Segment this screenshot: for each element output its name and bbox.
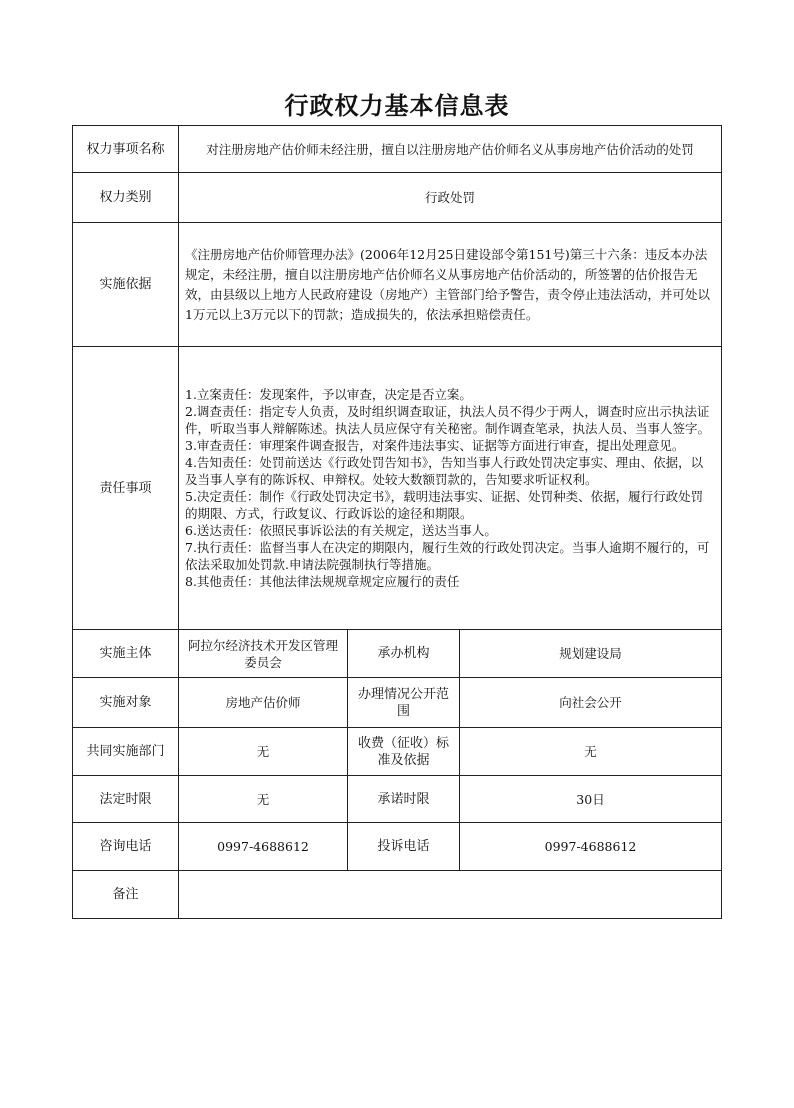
value-subject: 阿拉尔经济技术开发区管理委员会 — [179, 630, 348, 678]
row-limit: 法定时限 无 承诺时限 30日 — [73, 776, 722, 823]
label-complaint-phone: 投诉电话 — [348, 823, 460, 871]
duty-item: 4.告知责任：处罚前送达《行政处罚告知书》，告知当事人行政处罚决定事实、理由、依… — [185, 454, 715, 488]
duty-item: 2.调查责任：指定专人负责，及时组织调查取证，执法人员不得少于两人，调查时应出示… — [185, 403, 715, 437]
label-joint: 共同实施部门 — [73, 728, 179, 776]
label-duties: 责任事项 — [73, 347, 179, 630]
page-title: 行政权力基本信息表 — [0, 86, 794, 121]
value-complaint-phone: 0997-4688612 — [460, 823, 722, 871]
row-target: 实施对象 房地产估价师 办理情况公开范围 向社会公开 — [73, 678, 722, 728]
row-subject: 实施主体 阿拉尔经济技术开发区管理委员会 承办机构 规划建设局 — [73, 630, 722, 678]
label-consult-phone: 咨询电话 — [73, 823, 179, 871]
row-remark: 备注 — [73, 871, 722, 919]
info-table: 权力事项名称 对注册房地产估价师未经注册，擅自以注册房地产估价师名义从事房地产估… — [72, 125, 722, 919]
value-joint: 无 — [179, 728, 348, 776]
row-name: 权力事项名称 对注册房地产估价师未经注册，擅自以注册房地产估价师名义从事房地产估… — [73, 126, 722, 173]
row-basis: 实施依据 《注册房地产估价师管理办法》(2006年12月25日建设部令第151号… — [73, 223, 722, 347]
value-agency: 规划建设局 — [460, 630, 722, 678]
label-fee: 收费（征收）标准及依据 — [348, 728, 460, 776]
value-legal-limit: 无 — [179, 776, 348, 823]
label-legal-limit: 法定时限 — [73, 776, 179, 823]
value-name: 对注册房地产估价师未经注册，擅自以注册房地产估价师名义从事房地产估价活动的处罚 — [179, 126, 722, 173]
duty-item: 8.其他责任：其他法律法规规章规定应履行的责任 — [185, 573, 715, 590]
value-consult-phone: 0997-4688612 — [179, 823, 348, 871]
duty-item: 5.决定责任：制作《行政处罚决定书》，载明违法事实、证据、处罚种类、依据，履行行… — [185, 488, 715, 522]
value-category: 行政处罚 — [179, 173, 722, 223]
label-agency: 承办机构 — [348, 630, 460, 678]
value-fee: 无 — [460, 728, 722, 776]
duty-item: 6.送达责任：依照民事诉讼法的有关规定，送达当事人。 — [185, 522, 715, 539]
value-duties: 1.立案责任：发现案件，予以审查，决定是否立案。 2.调查责任：指定专人负责，及… — [179, 347, 722, 630]
row-duties: 责任事项 1.立案责任：发现案件，予以审查，决定是否立案。 2.调查责任：指定专… — [73, 347, 722, 630]
label-subject: 实施主体 — [73, 630, 179, 678]
value-basis: 《注册房地产估价师管理办法》(2006年12月25日建设部令第151号)第三十六… — [179, 223, 722, 347]
value-disclosure: 向社会公开 — [460, 678, 722, 728]
value-promise-limit: 30日 — [460, 776, 722, 823]
label-target: 实施对象 — [73, 678, 179, 728]
duty-item: 3.审查责任：审理案件调查报告，对案件违法事实、证据等方面进行审查，提出处理意见… — [185, 437, 715, 454]
value-target: 房地产估价师 — [179, 678, 348, 728]
label-disclosure: 办理情况公开范围 — [348, 678, 460, 728]
row-phone: 咨询电话 0997-4688612 投诉电话 0997-4688612 — [73, 823, 722, 871]
value-remark — [179, 871, 722, 919]
label-basis: 实施依据 — [73, 223, 179, 347]
label-name: 权力事项名称 — [73, 126, 179, 173]
label-category: 权力类别 — [73, 173, 179, 223]
label-promise-limit: 承诺时限 — [348, 776, 460, 823]
duty-item: 1.立案责任：发现案件，予以审查，决定是否立案。 — [185, 386, 715, 403]
row-category: 权力类别 行政处罚 — [73, 173, 722, 223]
row-joint: 共同实施部门 无 收费（征收）标准及依据 无 — [73, 728, 722, 776]
duty-item: 7.执行责任：监督当事人在决定的期限内，履行生效的行政处罚决定。当事人逾期不履行… — [185, 539, 715, 573]
label-remark: 备注 — [73, 871, 179, 919]
